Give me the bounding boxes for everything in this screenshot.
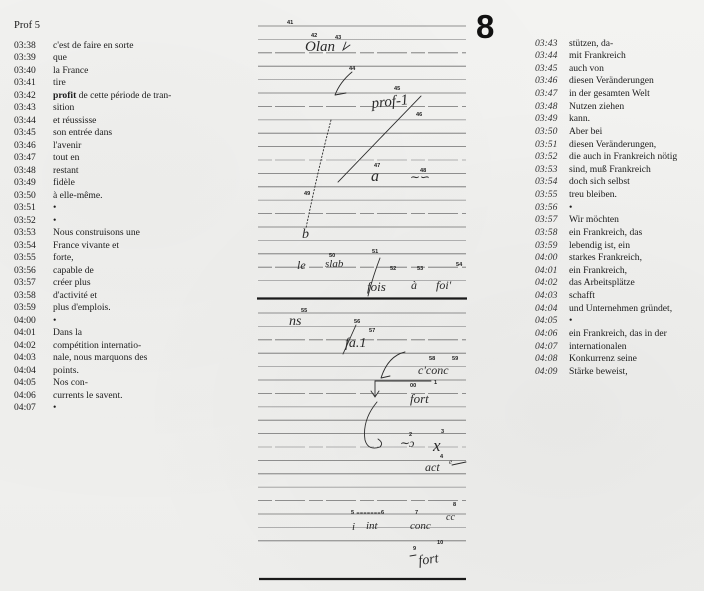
- marker: 54: [456, 262, 463, 268]
- handwritten-note: cc: [446, 512, 455, 523]
- handwritten-note: Olan: [305, 39, 335, 55]
- marker: 4: [440, 454, 444, 460]
- marker: 43: [335, 35, 341, 41]
- handwritten-note: à: [411, 278, 417, 292]
- handwritten-note: ∼∽: [409, 170, 429, 184]
- act-underline: [452, 462, 466, 465]
- handwritten-page-number: 8: [476, 8, 494, 45]
- handwritten-note: fa.1: [345, 336, 366, 351]
- marker: 9: [413, 546, 416, 552]
- marker: 59: [452, 356, 458, 362]
- handwritten-note: fois: [367, 279, 386, 294]
- marker: 57: [369, 328, 375, 334]
- handwritten-note: int: [366, 520, 379, 532]
- marker: 56: [354, 319, 360, 325]
- handwritten-note: ∼ɔ: [399, 436, 414, 450]
- marker: 6: [381, 510, 384, 516]
- handwritten-note: fort: [410, 391, 429, 406]
- marker: 10: [437, 540, 443, 546]
- marker: 49: [304, 191, 310, 197]
- marker: 44: [349, 66, 356, 72]
- handwritten-note: foi': [436, 278, 452, 292]
- handwritten-note: fort: [417, 551, 440, 569]
- dotted-link-49: [306, 120, 331, 228]
- marker: 3: [441, 429, 444, 435]
- marker: 5: [351, 510, 354, 516]
- arrow-58-icon: [381, 352, 405, 378]
- handwritten-note: x: [432, 436, 441, 455]
- arrow-44-icon: [335, 72, 352, 95]
- dash-mark: [410, 555, 416, 556]
- handwritten-note: ns: [289, 314, 302, 329]
- check-mark-stroke: [343, 42, 350, 50]
- handwritten-note: a: [371, 168, 379, 185]
- marker: 00: [410, 383, 416, 389]
- handwritten-note: i: [352, 521, 355, 533]
- marker: 45: [394, 86, 400, 92]
- marker: 1: [434, 380, 437, 386]
- marker: 55: [301, 308, 307, 314]
- curve-link: [365, 402, 382, 448]
- handwritten-note: slab: [325, 258, 344, 270]
- marker: 7: [415, 510, 418, 516]
- marker: 53: [417, 266, 423, 272]
- handwritten-note: le: [297, 258, 306, 272]
- handwritten-note: b: [302, 227, 309, 242]
- marker: 58: [429, 356, 435, 362]
- marker: 46: [416, 112, 422, 118]
- handwritten-note: act: [425, 460, 440, 474]
- marker: 41: [287, 20, 293, 26]
- handwritten-note: e: [449, 458, 452, 466]
- handwritten-note: prof-1: [370, 92, 409, 112]
- marker: 8: [453, 502, 456, 508]
- handwritten-note: conc: [410, 520, 431, 532]
- interpreter-notepad: 8 41 42 43 44 45 46 47 48 49 50 51 52 53…: [0, 0, 704, 591]
- marker: 52: [390, 266, 396, 272]
- handwritten-note: c'conc: [418, 363, 449, 377]
- marker: 51: [372, 249, 378, 255]
